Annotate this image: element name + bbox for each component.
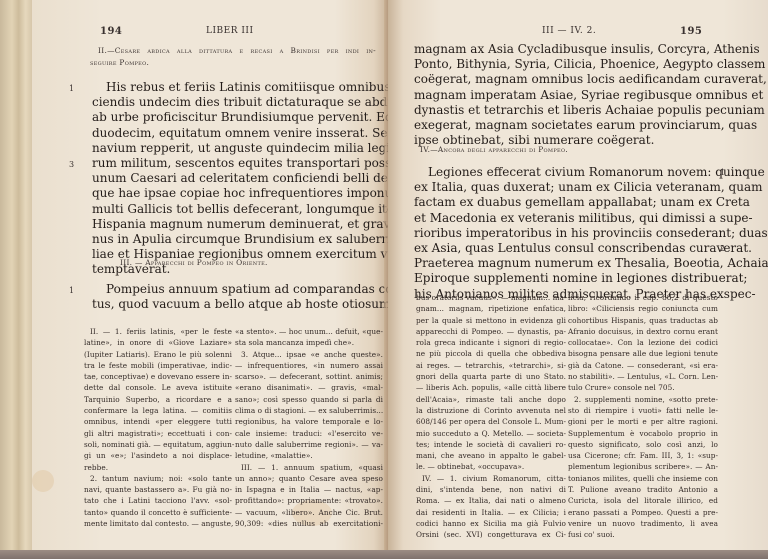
section-heading: II.—Cesare abdica alla dittatura e recas… (90, 45, 376, 69)
left-page: 194 LIBER III II.—Cesare abdica alla dit… (32, 0, 388, 552)
main-paragraph: Legiones effecerat civium Romanorum nove… (414, 165, 710, 302)
section-heading: III. — Apparecchi di Pompeo in Oriente. (120, 257, 370, 269)
book-bottom-edge (0, 550, 768, 559)
margin-number: 1 (69, 84, 74, 93)
margin-number: 2 (720, 244, 725, 253)
footnotes-column-2: licia, ricordando il cap. 88,2 di questo… (568, 292, 718, 541)
section-heading: IV.—Ancora degli apparecchi di Pompeo. (420, 144, 680, 156)
main-paragraph: His rebus et feriis Latinis comitiisque … (92, 80, 376, 278)
footnotes-column-2: «a stento». — hoc unum... defuit, «que- … (235, 326, 383, 529)
book-spread: 194 LIBER III II.—Cesare abdica alla dit… (0, 0, 768, 559)
footnotes-column-1: II. — 1. feriis latinis, «per le feste l… (84, 326, 232, 529)
margin-number: 1 (720, 168, 725, 177)
margin-number: 3 (69, 160, 74, 169)
right-page: III — IV. 2. 195 magnam ax Asia Cycladib… (388, 0, 768, 552)
main-paragraph: Pompeius annuum spatium ad comparandas c… (92, 282, 376, 312)
main-paragraph: magnam ax Asia Cycladibusque insulis, Co… (414, 42, 710, 148)
footnotes-column-1: bus oratoriis vacuus». — magnam... ma- g… (416, 292, 566, 541)
page-number: 194 (100, 26, 122, 37)
paper-stain (32, 470, 54, 492)
page-block-edge (0, 0, 34, 559)
running-title: LIBER III (206, 26, 254, 36)
page-number: 195 (680, 26, 702, 37)
running-title: III — IV. 2. (542, 26, 596, 36)
margin-number: 1 (69, 286, 74, 295)
